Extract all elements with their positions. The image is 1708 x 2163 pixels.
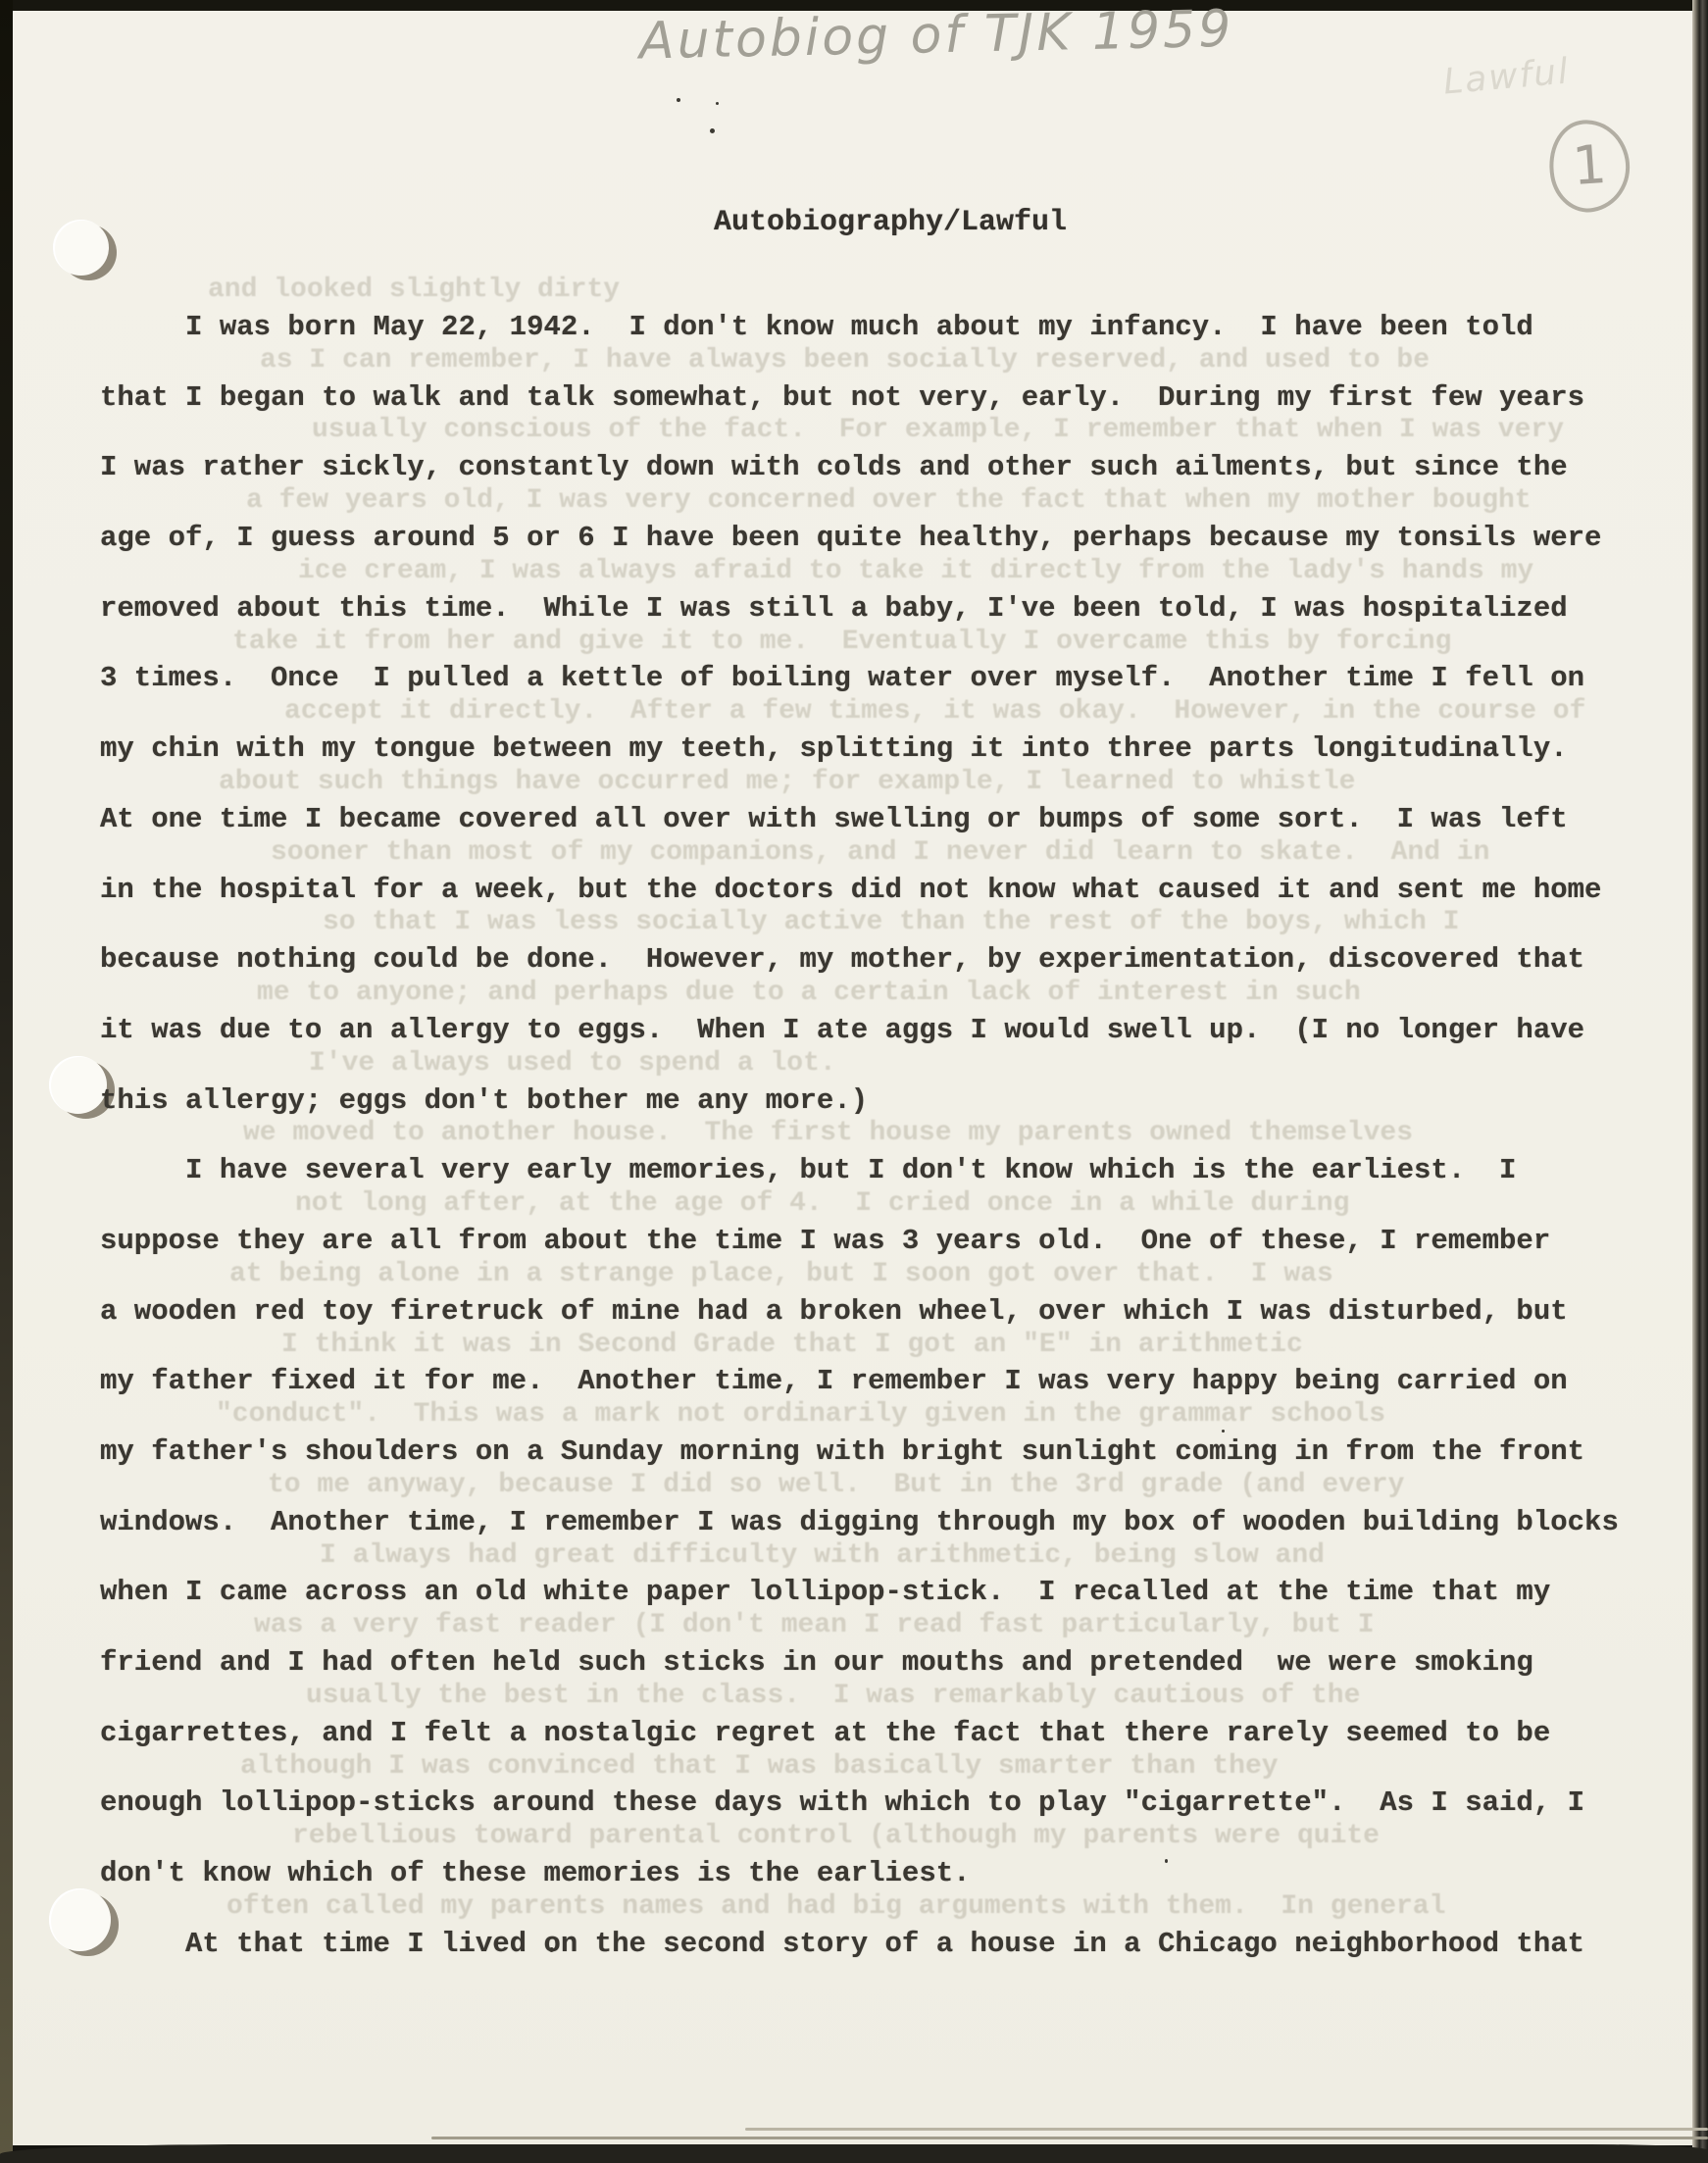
- typed-text-line: I have several very early memories, but …: [100, 1135, 1639, 1206]
- typed-text-line: that I began to walk and talk somewhat, …: [100, 363, 1639, 433]
- typed-text-line: At one time I became covered all over wi…: [100, 784, 1639, 855]
- typed-text-line: my father's shoulders on a Sunday mornin…: [100, 1417, 1639, 1487]
- typed-text-line: friend and I had often held such sticks …: [100, 1628, 1639, 1698]
- document-body: I was born May 22, 1942. I don't know mu…: [100, 292, 1639, 1980]
- typed-text-line: I was rather sickly, constantly down wit…: [100, 432, 1639, 503]
- scan-speck: [710, 128, 715, 133]
- scan-streak: [431, 2137, 1708, 2139]
- punch-hole-opening: [49, 1056, 107, 1114]
- typed-text-line: my father fixed it for me. Another time,…: [100, 1346, 1639, 1417]
- scan-speck: [716, 102, 719, 105]
- scan-edge-bottom: [0, 2144, 1708, 2163]
- typed-text-line: don't know which of these memories is th…: [100, 1838, 1639, 1909]
- typed-text-line: because nothing could be done. However, …: [100, 925, 1639, 995]
- typed-text-line: this allergy; eggs don't bother me any m…: [100, 1066, 1639, 1136]
- typed-text-line: my chin with my tongue between my teeth,…: [100, 714, 1639, 784]
- typed-text-line: in the hospital for a week, but the doct…: [100, 855, 1639, 926]
- typed-text-line: cigarrettes, and I felt a nostalgic regr…: [100, 1698, 1639, 1769]
- typed-text-line: age of, I guess around 5 or 6 I have bee…: [100, 503, 1639, 574]
- typed-text-line: a wooden red toy firetruck of mine had a…: [100, 1277, 1639, 1347]
- typed-text-line: 3 times. Once I pulled a kettle of boili…: [100, 643, 1639, 714]
- typed-text-line: enough lollipop-sticks around these days…: [100, 1768, 1639, 1838]
- typed-text-line: when I came across an old white paper lo…: [100, 1557, 1639, 1628]
- scan-streak: [745, 2128, 1708, 2131]
- typed-text-line: windows. Another time, I remember I was …: [100, 1487, 1639, 1558]
- page-number: 1: [1571, 138, 1608, 193]
- typed-text-line: At that time I lived on the second story…: [100, 1909, 1639, 1980]
- scan-speck: [677, 98, 680, 102]
- document-title: Autobiography/Lawful: [714, 206, 1067, 239]
- typed-text-line: suppose they are all from about the time…: [100, 1206, 1639, 1277]
- punch-hole: [61, 225, 117, 280]
- typed-text-line: removed about this time. While I was sti…: [100, 574, 1639, 644]
- scan-speck: [1222, 1430, 1225, 1433]
- scan-edge-left: [0, 0, 13, 2163]
- typed-text-line: it was due to an allergy to eggs. When I…: [100, 995, 1639, 1066]
- scan-speck: [1165, 1859, 1168, 1863]
- scanned-document-page: and looked slightly dirtyas I can rememb…: [0, 0, 1708, 2163]
- typed-text-line: I was born May 22, 1942. I don't know mu…: [100, 292, 1639, 363]
- scan-edge-right: [1692, 0, 1708, 2163]
- scan-speck: [549, 1947, 554, 1952]
- punch-hole-opening: [53, 220, 109, 276]
